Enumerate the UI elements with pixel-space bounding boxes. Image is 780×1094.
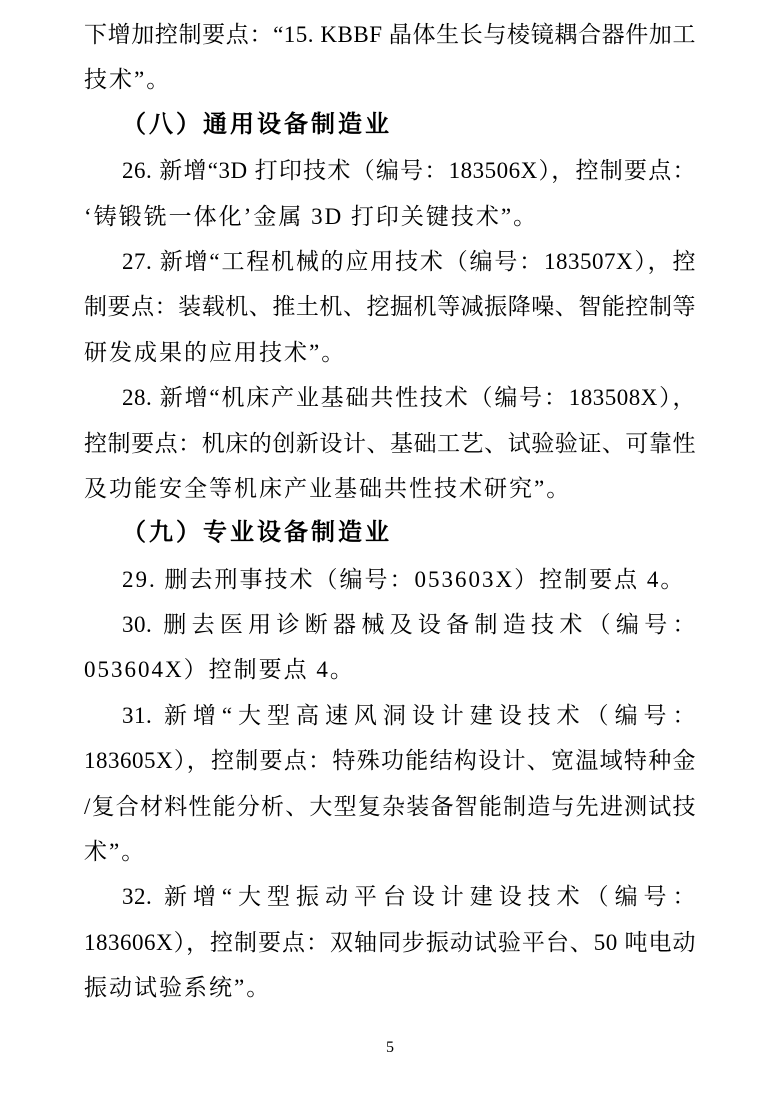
document-body: 下增加控制要点：“15. KBBF 晶体生长与棱镜耦合器件加工技术”。（八）通用… [84,12,696,1011]
text-line: 30. 删去医用诊断器械及设备制造技术（编号： [84,602,696,647]
text-line: 26. 新增“3D 打印技术（编号：183506X），控制要点： [84,148,696,193]
document-page: 下增加控制要点：“15. KBBF 晶体生长与棱镜耦合器件加工技术”。（八）通用… [0,0,780,1094]
text-line: 振动试验系统”。 [84,965,696,1010]
text-line: ‘铸锻铣一体化’金属 3D 打印关键技术”。 [84,194,696,239]
text-line: 研发成果的应用技术”。 [84,330,696,375]
section-heading-line: （九）专业设备制造业 [84,511,696,556]
section-heading-line: （八）通用设备制造业 [84,103,696,148]
text-line: 及功能安全等机床产业基础共性技术研究”。 [84,466,696,511]
text-line: 29. 删去刑事技术（编号：053603X）控制要点 4。 [84,557,696,602]
text-line: 32. 新增“大型振动平台设计建设技术（编号： [84,874,696,919]
text-line: 28. 新增“机床产业基础共性技术（编号：183508X）， [84,375,696,420]
text-line: 制要点：装载机、推土机、挖掘机等减振降噪、智能控制等 [84,284,696,329]
text-line: 053604X）控制要点 4。 [84,647,696,692]
text-line: 183606X），控制要点：双轴同步振动试验平台、50 吨电动 [84,920,696,965]
text-line: 183605X），控制要点：特殊功能结构设计、宽温域特种金属 [84,738,696,783]
text-line: 27. 新增“工程机械的应用技术（编号：183507X），控 [84,239,696,284]
text-line: /复合材料性能分析、大型复杂装备智能制造与先进测试技 [84,784,696,829]
text-line: 控制要点：机床的创新设计、基础工艺、试验验证、可靠性 [84,421,696,466]
text-line: 技术”。 [84,57,696,102]
text-line: 31. 新增“大型高速风洞设计建设技术（编号： [84,693,696,738]
text-line: 下增加控制要点：“15. KBBF 晶体生长与棱镜耦合器件加工 [84,12,696,57]
page-number: 5 [0,1038,780,1058]
text-line: 术”。 [84,829,696,874]
